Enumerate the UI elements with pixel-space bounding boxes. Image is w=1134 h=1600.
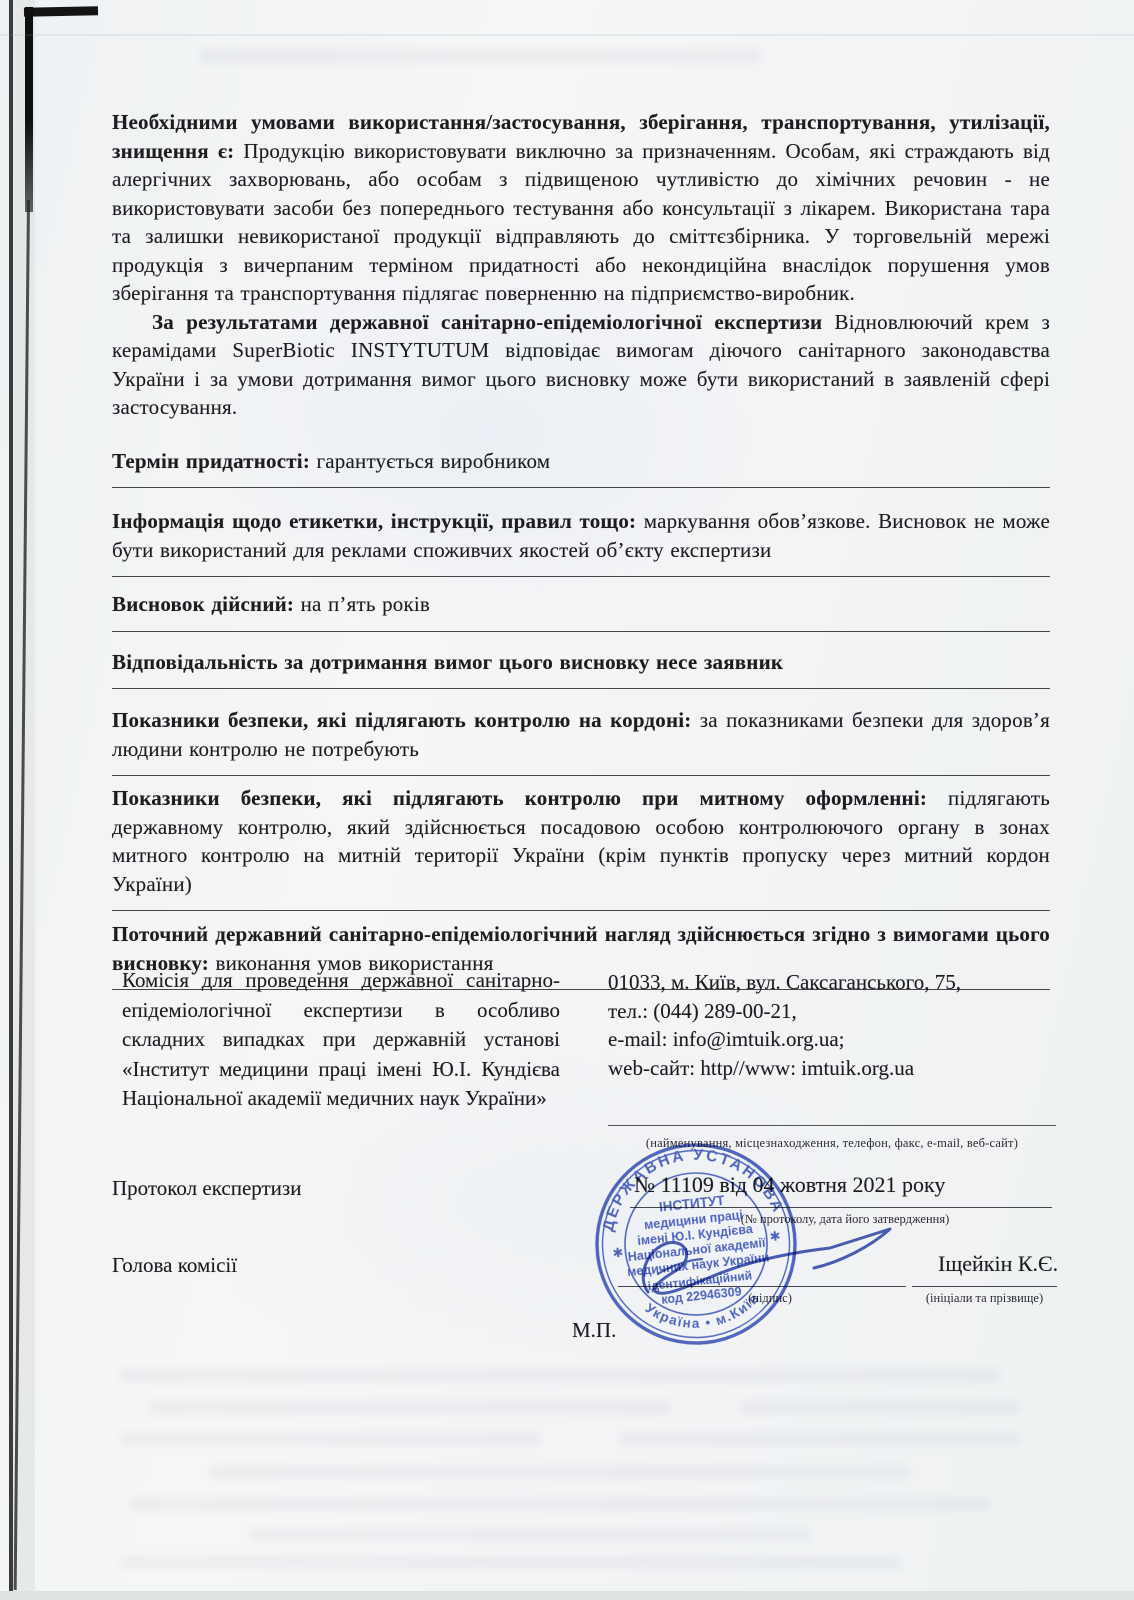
shelf-life-text: гарантується виробником bbox=[310, 449, 550, 473]
scan-edge-line bbox=[9, 0, 13, 1592]
expertise-result-paragraph: За результатами державної санітарно-епід… bbox=[112, 308, 1050, 422]
signature-graphic bbox=[598, 1202, 928, 1314]
bleed-through-artifact bbox=[250, 1528, 810, 1541]
commission-email: e-mail: info@imtuik.org.ua; bbox=[608, 1025, 1028, 1054]
commission-contacts: 01033, м. Київ, вул. Саксаганського, 75,… bbox=[608, 968, 1028, 1158]
conditions-text: Продукцію використовувати виключно за пр… bbox=[112, 139, 1050, 306]
scan-corner-mark bbox=[25, 7, 33, 212]
protocol-label: Протокол експертизи bbox=[112, 1176, 301, 1201]
document-body: Необхідними умовами використання/застосу… bbox=[112, 0, 1050, 990]
border-control-label: Показники безпеки, які підлягають контро… bbox=[112, 708, 691, 732]
commission-name: Комісія для проведення державної санітар… bbox=[122, 966, 560, 1114]
handwritten-signature bbox=[598, 1202, 928, 1314]
label-info-section: Інформація щодо етикетки, інструкції, пр… bbox=[112, 507, 1050, 577]
shelf-life-section: Термін придатності: гарантується виробни… bbox=[112, 447, 1050, 489]
scan-bottom-edge bbox=[0, 1591, 1134, 1600]
bleed-through-artifact bbox=[120, 1556, 900, 1569]
head-label: Голова комісії bbox=[112, 1253, 237, 1278]
scanned-document-page: Необхідними умовами використання/застосу… bbox=[0, 0, 1134, 1600]
commission-website: web-сайт: http//www: imtuik.org.ua bbox=[608, 1054, 1028, 1083]
responsibility-label: Відповідальність за дотримання вимог цьо… bbox=[112, 650, 783, 674]
border-control-section: Показники безпеки, які підлягають контро… bbox=[112, 706, 1050, 776]
label-info-label: Інформація щодо етикетки, інструкції, пр… bbox=[112, 509, 636, 533]
name-underline bbox=[912, 1286, 1057, 1287]
validity-section: Висновок дійсний: на п’ять років bbox=[112, 590, 1050, 632]
bleed-through-artifact bbox=[120, 1432, 540, 1446]
bleed-through-artifact bbox=[620, 1432, 1020, 1446]
customs-control-label: Показники безпеки, які підлягають контро… bbox=[112, 786, 927, 810]
responsibility-section: Відповідальність за дотримання вимог цьо… bbox=[112, 648, 1050, 690]
bleed-through-artifact bbox=[150, 1400, 670, 1415]
validity-text: на п’ять років bbox=[294, 592, 430, 616]
scan-corner-mark bbox=[24, 6, 98, 17]
commission-address: 01033, м. Київ, вул. Саксаганського, 75, bbox=[608, 968, 1028, 997]
bleed-through-artifact bbox=[120, 1368, 1000, 1383]
customs-control-section: Показники безпеки, які підлягають контро… bbox=[112, 784, 1050, 911]
expertise-result-label: За результатами державної санітарно-епід… bbox=[152, 310, 822, 334]
bleed-through-artifact bbox=[130, 1497, 990, 1511]
commission-phone: тел.: (044) 289-00-21, bbox=[608, 997, 1028, 1026]
validity-label: Висновок дійсний: bbox=[112, 592, 294, 616]
bleed-through-artifact bbox=[740, 1400, 1020, 1415]
shelf-life-label: Термін придатності: bbox=[112, 449, 310, 473]
head-name: Іщейкін К.Є. bbox=[938, 1251, 1058, 1277]
conditions-paragraph: Необхідними умовами використання/застосу… bbox=[112, 108, 1050, 308]
bleed-through-artifact bbox=[210, 1465, 910, 1479]
